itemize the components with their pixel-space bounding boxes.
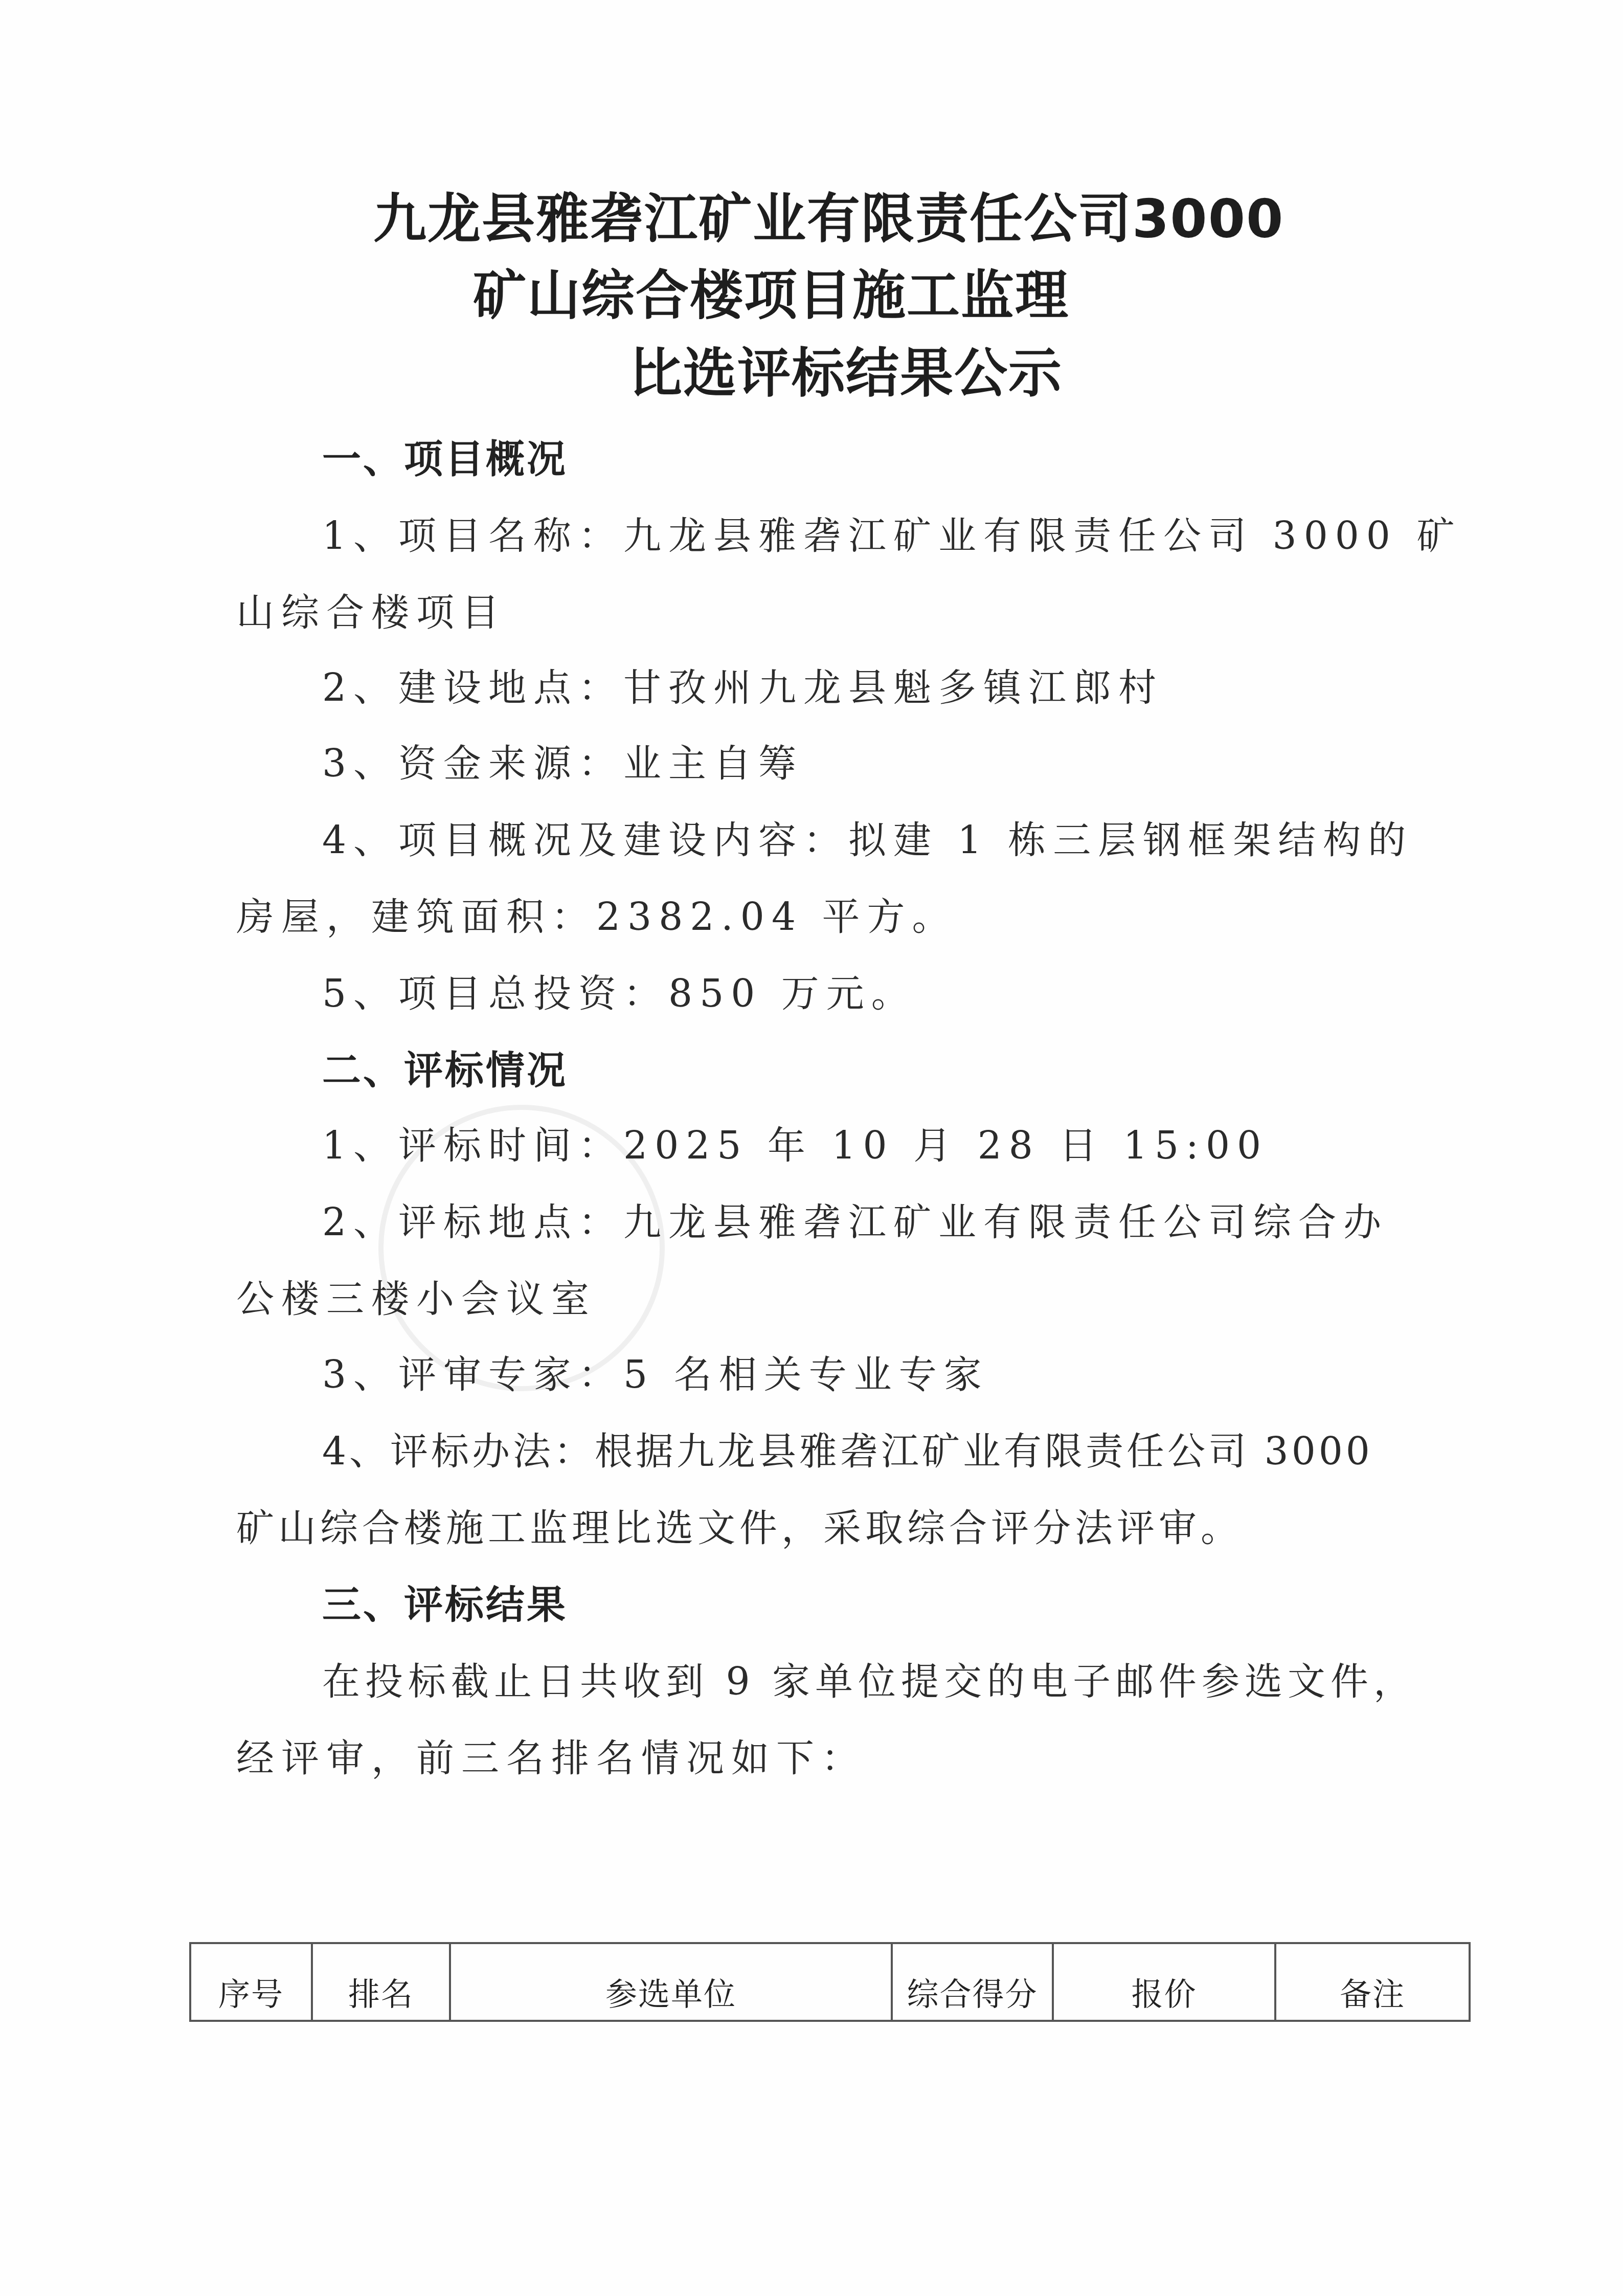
results-table: 序号 排名 参选单位 综合得分 报价 备注: [189, 1942, 1471, 2022]
project-name-line: 1、项目名称：九龙县雅砻江矿业有限责任公司 3000 矿: [322, 510, 1461, 562]
funding-source-line: 3、资金来源：业主自筹: [322, 738, 803, 789]
column-header-rank: 排名: [312, 1943, 450, 2021]
document-title-line-2: 矿山综合楼项目施工监理: [473, 265, 1069, 326]
section-heading-project-overview: 一、项目概况: [322, 434, 568, 485]
project-content-line: 4、项目概况及建设内容：拟建 1 栋三层钢框架结构的: [322, 815, 1413, 866]
column-header-total-score: 综合得分: [892, 1943, 1053, 2021]
column-header-remarks: 备注: [1275, 1943, 1470, 2021]
column-header-quote: 报价: [1053, 1943, 1275, 2021]
evaluation-location-continuation: 公楼三楼小会议室: [236, 1274, 596, 1325]
section-heading-evaluation: 二、评标情况: [322, 1045, 568, 1096]
results-table-header-row: 序号 排名 参选单位 综合得分 报价 备注: [190, 1943, 1470, 2021]
document-title-line-3: 比选评标结果公示: [629, 343, 1063, 404]
results-intro-line: 在投标截止日共收到 9 家单位提交的电子邮件参选文件，: [322, 1656, 1416, 1707]
column-header-serial-number: 序号: [190, 1943, 312, 2021]
column-header-bidder: 参选单位: [450, 1943, 892, 2021]
evaluation-location-line: 2、评标地点：九龙县雅砻江矿业有限责任公司综合办: [322, 1197, 1388, 1248]
evaluation-experts-line: 3、评审专家：5 名相关专业专家: [322, 1349, 989, 1400]
project-name-continuation: 山综合楼项目: [236, 587, 506, 638]
project-content-continuation: 房屋，建筑面积：2382.04 平方。: [236, 891, 957, 943]
construction-site-line: 2、建设地点：甘孜州九龙县魁多镇江郎村: [322, 662, 1163, 714]
results-intro-continuation: 经评审，前三名排名情况如下：: [236, 1733, 866, 1784]
document-page: 九龙县雅砻江矿业有限责任公司3000 矿山综合楼项目施工监理 比选评标结果公示 …: [0, 0, 1623, 2296]
total-investment-line: 5、项目总投资：850 万元。: [322, 968, 916, 1019]
section-heading-results: 三、评标结果: [322, 1579, 568, 1631]
evaluation-method-continuation: 矿山综合楼施工监理比选文件，采取综合评分法评审。: [236, 1503, 1243, 1554]
evaluation-time-line: 1、评标时间：2025 年 10 月 28 日 15:00: [322, 1120, 1268, 1171]
evaluation-method-line: 4、评标办法：根据九龙县雅砻江矿业有限责任公司 3000: [322, 1426, 1373, 1477]
document-title-line-1: 九龙县雅砻江矿业有限责任公司3000: [373, 188, 1284, 250]
